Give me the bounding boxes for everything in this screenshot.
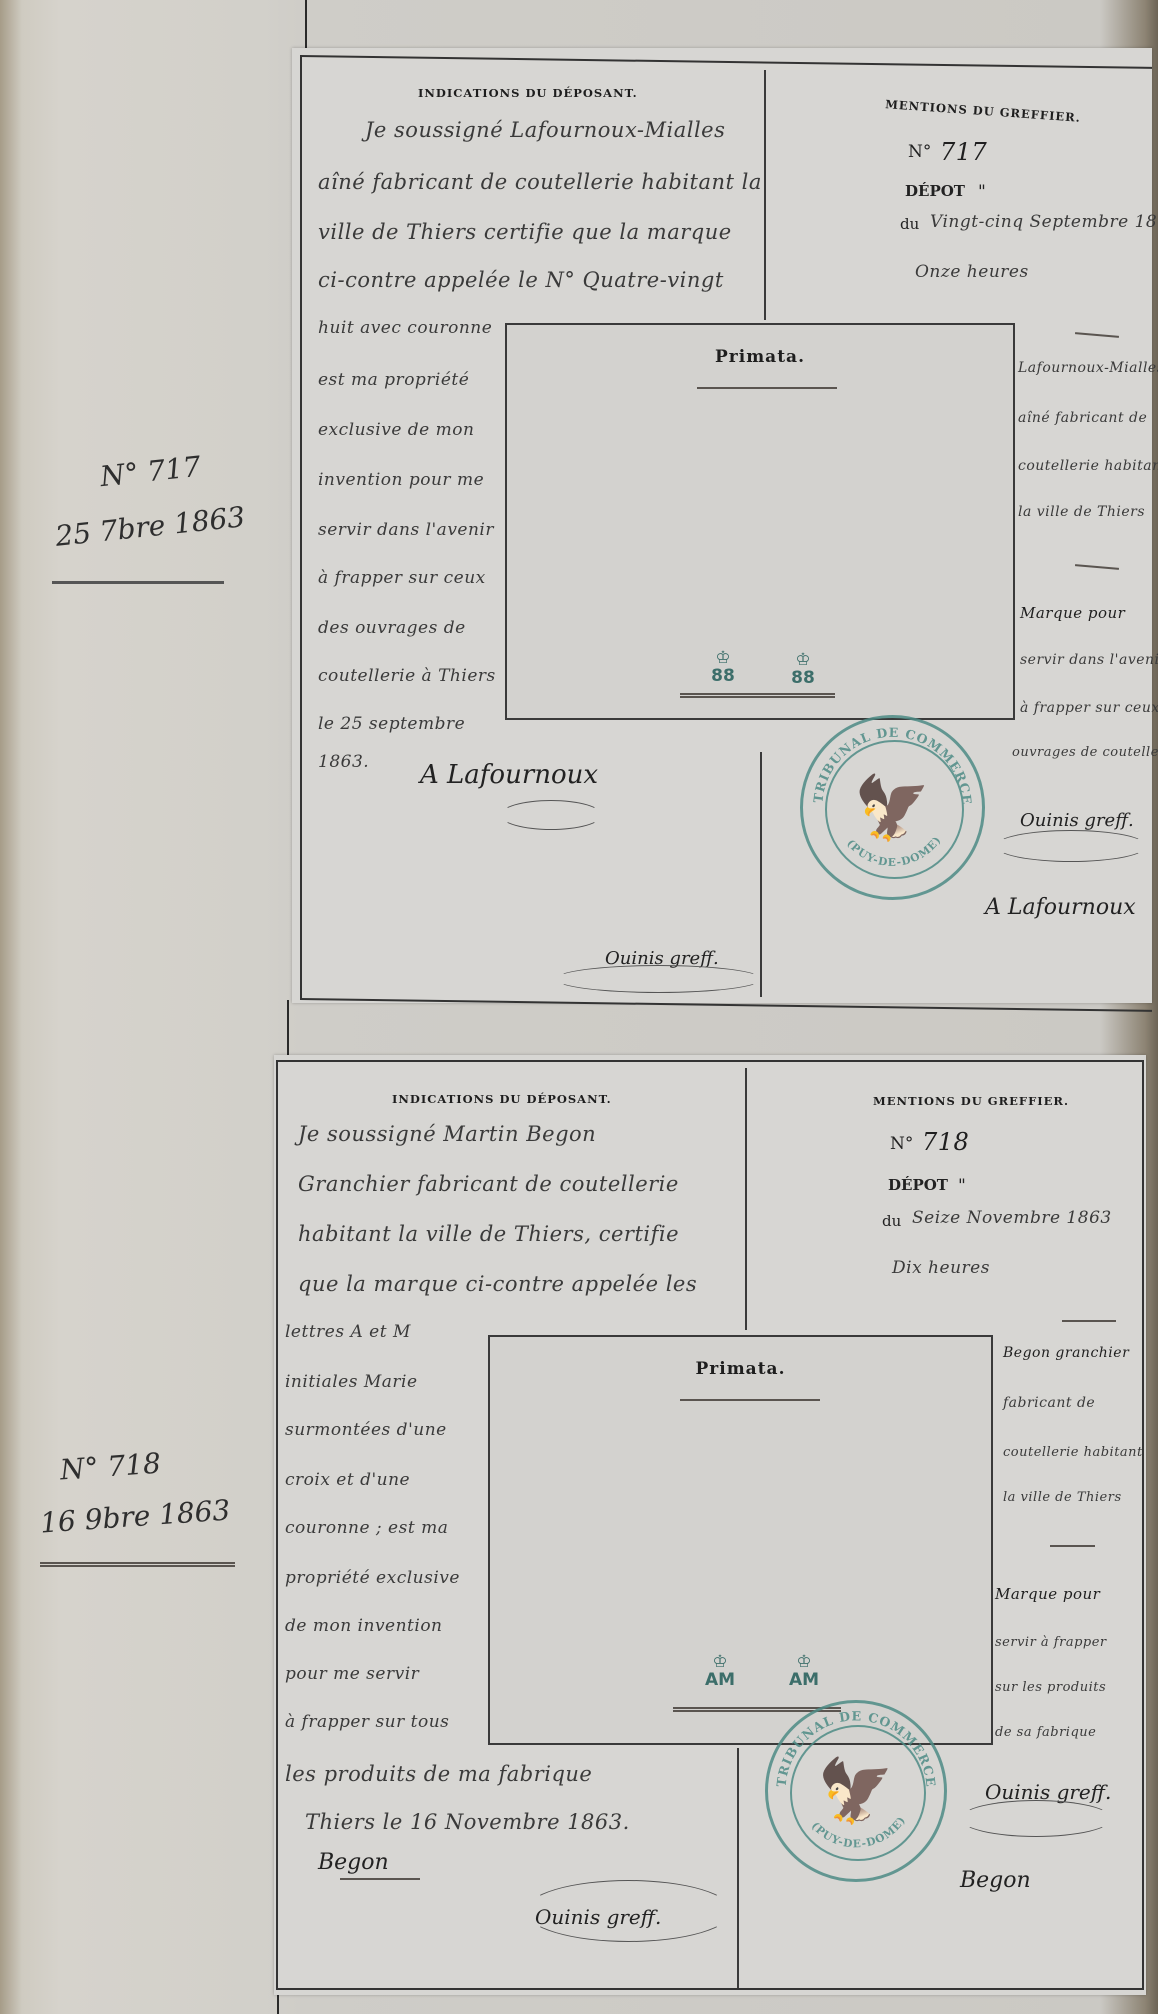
- greffier-note: servir dans l'avenir: [1020, 652, 1158, 668]
- primata-title-rule: [680, 1399, 820, 1401]
- deposant-line: les produits de ma fabrique: [285, 1762, 592, 1786]
- depot-label: DÉPOT: [905, 182, 965, 200]
- deposant-line: habitant la ville de Thiers, certifie: [298, 1222, 679, 1246]
- eagle-icon: 🦅: [854, 777, 931, 839]
- mark-glyph: 88: [783, 669, 823, 687]
- deposant-line: 1863.: [318, 752, 369, 772]
- signature-underline: [340, 1878, 420, 1880]
- mark-glyph: 88: [703, 667, 743, 685]
- margin-note-date: 16 9bre 1863: [39, 1493, 231, 1539]
- deposant-line: à frapper sur ceux: [318, 568, 486, 588]
- margin-note-date: 25 7bre 1863: [54, 500, 247, 553]
- clerk-flourish: [555, 965, 762, 993]
- deposant-line: lettres A et M: [285, 1322, 411, 1342]
- column-divider-lower: [760, 752, 762, 997]
- deposant-line: huit avec couronne: [318, 318, 492, 338]
- depot-time: Onze heures: [915, 262, 1029, 282]
- eagle-icon: 🦅: [817, 1760, 894, 1822]
- deposant-line: ville de Thiers certifie que la marque: [318, 220, 732, 244]
- deposant-line: pour me servir: [285, 1664, 419, 1684]
- greffier-note: Begon granchier: [1003, 1345, 1129, 1361]
- deposant-line: Thiers le 16 Novembre 1863.: [305, 1810, 630, 1834]
- deposant-line: Granchier fabricant de coutellerie: [298, 1172, 679, 1196]
- greffier-note: de sa fabrique: [995, 1725, 1096, 1740]
- column-divider-lower: [737, 1748, 739, 1988]
- primata-title-rule: [697, 387, 837, 389]
- register-page: N° 717 25 7bre 1863 INDICATIONS DU DÉPOS…: [0, 0, 1158, 2014]
- greffier-rule: [1050, 1545, 1095, 1547]
- depot-label: DÉPOT: [888, 1176, 948, 1194]
- deposant-line: croix et d'une: [285, 1470, 410, 1490]
- depositor-signature: A Lafournoux: [420, 760, 598, 790]
- margin-note-number: N° 718: [59, 1447, 162, 1487]
- deposant-line: Je soussigné Martin Begon: [298, 1122, 596, 1146]
- crown-icon: ♔: [703, 649, 743, 667]
- greffier-note: ouvrages de coutellerie: [1012, 745, 1158, 760]
- deposant-line: initiales Marie: [285, 1372, 418, 1392]
- trademark-mark: ♔ AM: [700, 1653, 740, 1689]
- greffier-note: Marque pour: [1020, 604, 1125, 622]
- greffier-number: 717: [940, 138, 987, 166]
- greffier-note: coutellerie habitant: [1003, 1445, 1143, 1460]
- greffier-header: MENTIONS DU GREFFIER.: [873, 1094, 1069, 1108]
- greffier-note: fabricant de: [1003, 1395, 1095, 1411]
- clerk-flourish: [525, 1880, 732, 1942]
- greffier-note: Marque pour: [995, 1585, 1100, 1603]
- depot-date: Vingt-cinq Septembre 1863: [930, 212, 1158, 232]
- deposant-line: est ma propriété: [318, 370, 469, 390]
- greffier-clerk-signature: Ouinis greff.: [1020, 810, 1134, 831]
- deposant-line: que la marque ci-contre appelée les: [298, 1272, 697, 1296]
- signature-flourish: [500, 800, 602, 830]
- greffier-number-label: N°: [890, 1134, 913, 1154]
- deposant-line: couronne ; est ma: [285, 1518, 448, 1538]
- deposant-line: aîné fabricant de coutellerie habitant l…: [318, 170, 762, 194]
- greffier-note: sur les produits: [995, 1680, 1106, 1695]
- greffier-note: servir à frapper: [995, 1635, 1107, 1650]
- primata-title: Primata.: [490, 1359, 991, 1379]
- greffier-note: aîné fabricant de: [1018, 410, 1147, 426]
- mark-glyph: AM: [700, 1671, 740, 1689]
- greffier-depositor-signature: Begon: [960, 1868, 1031, 1893]
- deposant-line: le 25 septembre: [318, 714, 465, 734]
- du-label: du: [900, 215, 919, 233]
- deposant-line: de mon invention: [285, 1616, 443, 1636]
- crown-icon: ♔: [700, 1653, 740, 1671]
- deposant-line: servir dans l'avenir: [318, 520, 494, 540]
- clerk-flourish: [960, 1800, 1112, 1837]
- depot-date: Seize Novembre 1863: [912, 1208, 1112, 1228]
- deposant-line: propriété exclusive: [285, 1568, 460, 1588]
- depot-time: Dix heures: [892, 1258, 990, 1278]
- du-label: du: [882, 1212, 901, 1230]
- greffier-note: à frapper sur ceux: [1020, 700, 1158, 716]
- margin-note-number: N° 717: [99, 450, 203, 493]
- trademark-mark: ♔ 88: [783, 651, 823, 687]
- column-divider: [745, 1068, 747, 1330]
- crown-icon: ♔: [783, 651, 823, 669]
- deposant-line: à frapper sur tous: [285, 1712, 449, 1732]
- greffier-depositor-signature: A Lafournoux: [985, 895, 1136, 920]
- trademark-mark: ♔ AM: [784, 1653, 824, 1689]
- greffier-number-label: N°: [908, 142, 931, 162]
- deposant-line: surmontées d'une: [285, 1420, 447, 1440]
- primata-box: Primata. ♔ AM ♔ AM: [488, 1335, 993, 1745]
- marks-underline: [680, 693, 835, 698]
- greffier-rule: [1062, 1320, 1116, 1322]
- greffier-note: Lafournoux-Mialles: [1018, 360, 1158, 376]
- column-divider: [764, 70, 766, 320]
- greffier-note: coutellerie habitant: [1018, 458, 1158, 474]
- margin-note-rule: [52, 581, 224, 584]
- primata-title: Primata.: [507, 347, 1013, 367]
- depositor-signature: Begon: [318, 1850, 389, 1875]
- court-stamp: TRIBUNAL DE COMMERCE DE THIERS (PUY-DE-D…: [800, 715, 985, 900]
- margin-rule-mid: [287, 1000, 289, 1060]
- trademark-mark: ♔ 88: [703, 649, 743, 685]
- deposant-line: coutellerie à Thiers: [318, 666, 496, 686]
- deposant-header: INDICATIONS DU DÉPOSANT.: [392, 1092, 612, 1106]
- mark-glyph: AM: [784, 1671, 824, 1689]
- deposant-line: invention pour me: [318, 470, 484, 490]
- greffier-note: la ville de Thiers: [1018, 504, 1145, 520]
- deposant-line: des ouvrages de: [318, 618, 466, 638]
- deposant-line: ci-contre appelée le N° Quatre-vingt: [318, 268, 724, 292]
- clerk-flourish: [995, 830, 1147, 862]
- depot-mark: ": [958, 1176, 966, 1196]
- deposant-header: INDICATIONS DU DÉPOSANT.: [418, 86, 638, 100]
- margin-note-rule: [40, 1562, 235, 1567]
- deposant-line: exclusive de mon: [318, 420, 474, 440]
- greffier-note: la ville de Thiers: [1003, 1490, 1122, 1505]
- depot-mark: ": [978, 182, 986, 202]
- court-stamp: TRIBUNAL DE COMMERCE DE THIERS (PUY-DE-D…: [765, 1700, 947, 1882]
- greffier-number: 718: [922, 1128, 969, 1156]
- deposant-line: Je soussigné Lafournoux-Mialles: [365, 118, 725, 142]
- crown-icon: ♔: [784, 1653, 824, 1671]
- primata-box: Primata. ♔ 88 ♔ 88: [505, 323, 1015, 720]
